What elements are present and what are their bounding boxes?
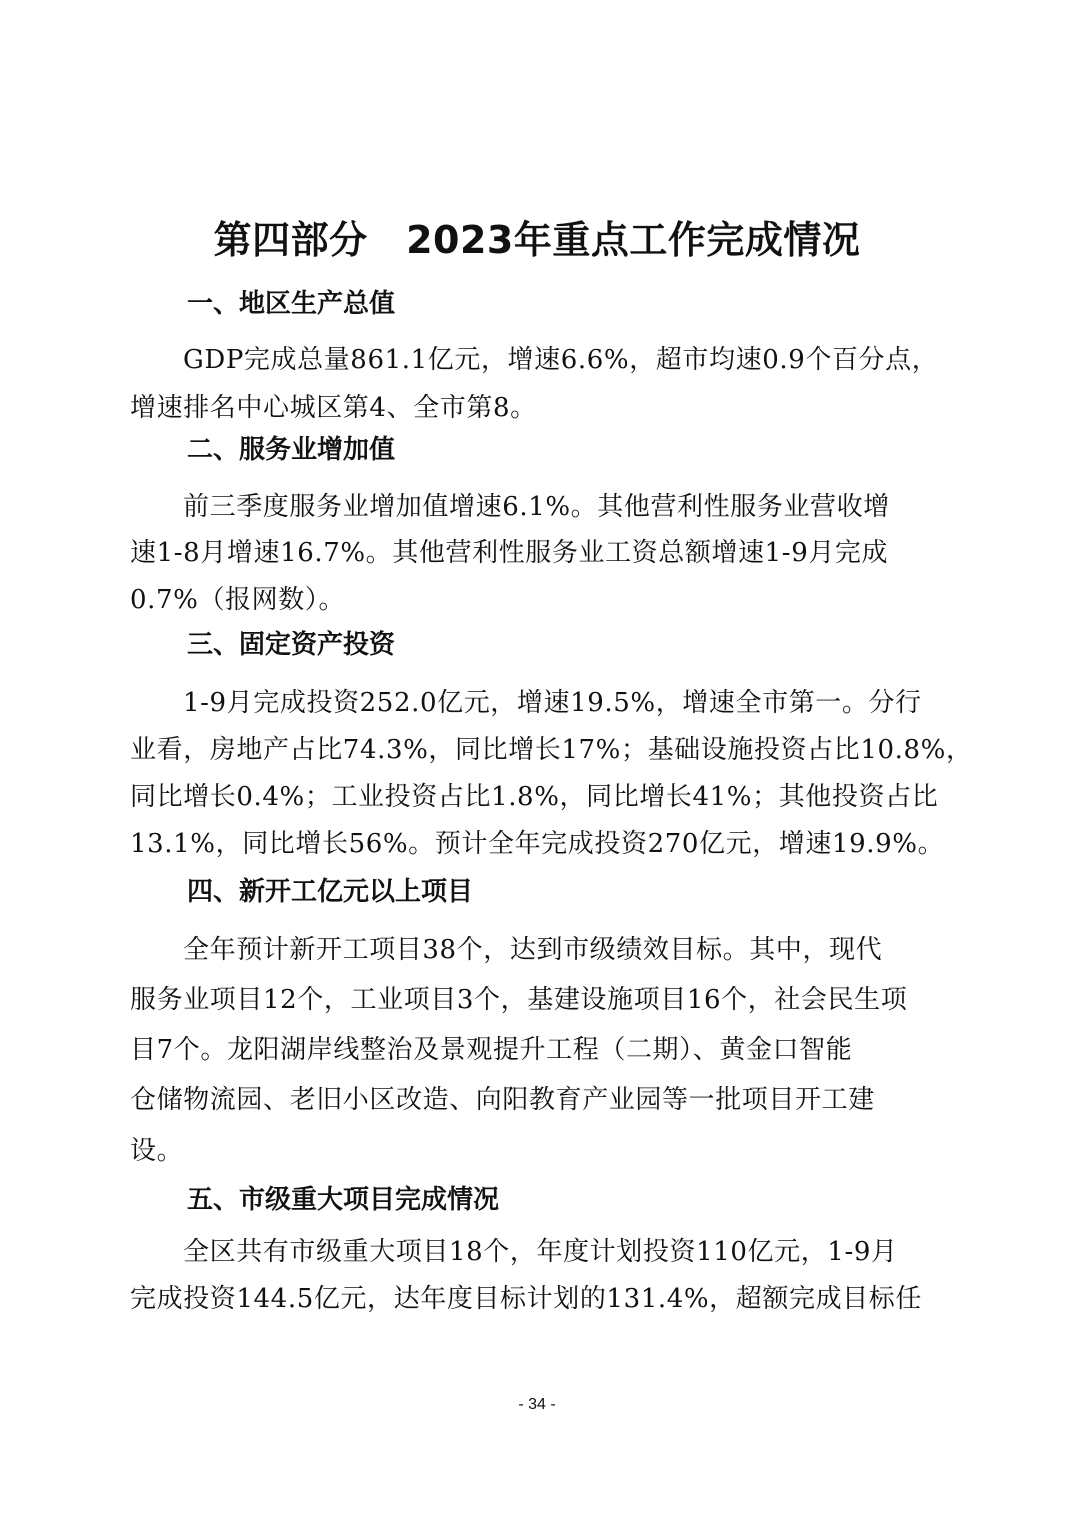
- paragraph-line: 全年预计新开工项目38个，达到市级绩效目标。其中，现代: [183, 930, 882, 970]
- paragraph-line: 目7个。龙阳湖岸线整治及景观提升工程（二期）、黄金口智能: [130, 1030, 852, 1070]
- paragraph-line: 前三季度服务业增加值增速6.1%。其他营利性服务业营收增: [183, 487, 890, 527]
- paragraph-line: 1-9月完成投资252.0亿元，增速19.5%，增速全市第一。分行: [183, 683, 922, 723]
- paragraph-line: 全区共有市级重大项目18个，年度计划投资110亿元，1-9月: [183, 1232, 898, 1272]
- section-heading-fixed-asset-investment: 三、固定资产投资: [187, 625, 395, 665]
- paragraph-line: 速1-8月增速16.7%。其他营利性服务业工资总额增速1-9月完成: [130, 533, 888, 573]
- paragraph-line: 13.1%，同比增长56%。预计全年完成投资270亿元，增速19.9%。: [130, 824, 944, 864]
- page-number: - 34 -: [0, 1395, 1074, 1415]
- paragraph-line: 增速排名中心城区第4、全市第8。: [130, 388, 537, 428]
- section-heading-gdp: 一、地区生产总值: [187, 284, 395, 324]
- paragraph-line: 设。: [130, 1131, 183, 1171]
- paragraph-line: 0.7%（报网数）。: [130, 580, 345, 620]
- paragraph-line: 完成投资144.5亿元，达年度目标计划的131.4%，超额完成目标任: [130, 1279, 922, 1319]
- paragraph-line: 同比增长0.4%；工业投资占比1.8%，同比增长41%；其他投资占比: [130, 777, 938, 817]
- section-heading-new-projects: 四、新开工亿元以上项目: [187, 872, 473, 912]
- paragraph-line: 业看，房地产占比74.3%，同比增长17%；基础设施投资占比10.8%，: [130, 730, 973, 770]
- paragraph-line: 仓储物流园、老旧小区改造、向阳教育产业园等一批项目开工建: [130, 1080, 875, 1120]
- paragraph-line: 服务业项目12个，工业项目3个，基建设施项目16个，社会民生项: [130, 980, 907, 1020]
- page-title: 第四部分 2023年重点工作完成情况: [0, 214, 1074, 266]
- paragraph-line: GDP完成总量861.1亿元，增速6.6%，超市均速0.9个百分点，: [183, 340, 938, 380]
- section-heading-major-projects: 五、市级重大项目完成情况: [187, 1180, 499, 1220]
- document-page: 第四部分 2023年重点工作完成情况 一、地区生产总值 GDP完成总量861.1…: [0, 0, 1074, 1520]
- section-heading-service-industry: 二、服务业增加值: [187, 430, 395, 470]
